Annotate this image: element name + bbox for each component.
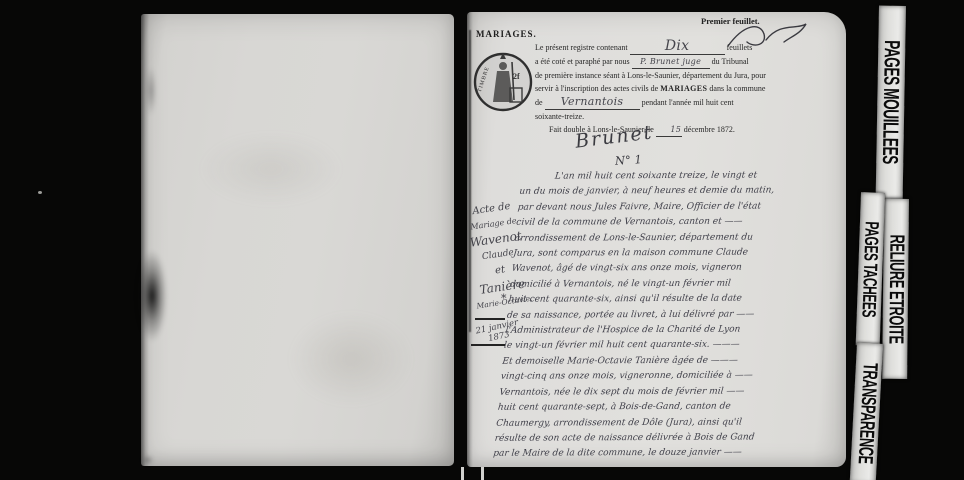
- act-body-line: arrondissement de Lons-le-Saunier, dépar…: [514, 230, 818, 247]
- act-body-line: Et demoiselle Marie-Octavie Tanière âgée…: [502, 353, 806, 370]
- act-body-line: par devant nous Jules Faivre, Maire, Off…: [517, 199, 821, 216]
- paper-stain: [291, 314, 411, 404]
- act-body-line: Chaumergy, arrondissement de Dôle (Jura)…: [495, 415, 799, 432]
- register-recto-page: MARIAGES. Premier feuillet. 2f TIMBRE Le…: [467, 12, 846, 467]
- act-body-line: L'an mil huit cent soixante treize, le v…: [520, 168, 824, 185]
- act-body-line: huit cent quarante-six, ainsi qu'il résu…: [508, 291, 812, 308]
- printed-preamble: Le présent registre contenant Dix feuill…: [535, 40, 817, 137]
- section-title: MARIAGES.: [476, 29, 537, 39]
- act-body-line: résulte de son acte de naissance délivré…: [494, 430, 798, 447]
- handwritten-day: 15: [670, 125, 681, 134]
- ink-smudge: [137, 250, 167, 342]
- margin-rule: [475, 318, 505, 320]
- preamble-line: de Vernantois pendant l'année mil huit c…: [535, 95, 817, 110]
- act-body-line: l'Administrateur de l'Hospice de la Char…: [505, 322, 809, 339]
- timbre-stamp-icon: 2f TIMBRE: [470, 46, 536, 116]
- act-body-line: par le Maire de la dite commune, le douz…: [492, 446, 796, 463]
- page-corner-shadow: [141, 406, 187, 466]
- blank-verso-page: [141, 14, 454, 466]
- act-body-line: domicilié à Vernantois, né le vingt-un f…: [509, 276, 813, 293]
- condition-strip-reliure-etroite: RELIURE ETROITE: [882, 199, 909, 379]
- act-body-line: huit cent quarante-sept, à Bois-de-Gand,…: [497, 399, 801, 416]
- condition-strip-pages-mouillees: PAGES MOUILLEES: [876, 6, 906, 199]
- stamp-value-text: 2f: [513, 72, 520, 81]
- handwritten-folio-count: Dix: [665, 38, 690, 54]
- page-edge-curl: [143, 56, 159, 126]
- act-number: N° 1: [615, 152, 643, 168]
- act-body-line: de sa naissance, portée au livret, à lui…: [506, 307, 810, 324]
- act-body-line: vingt-cinq ans onze mois, vigneronne, do…: [500, 368, 804, 385]
- paper-stain: [201, 134, 341, 204]
- handwritten-act-body: L'an mil huit cent soixante treize, le v…: [492, 168, 823, 462]
- preamble-line: soixante-treize.: [535, 110, 817, 123]
- act-body-line: Vernantois, née le dix sept du mois de f…: [498, 384, 802, 401]
- preamble-line: Le présent registre contenant Dix feuill…: [535, 40, 817, 55]
- handwritten-commune-name: Vernantois: [561, 95, 624, 108]
- mariages-keyword: MARIAGES: [660, 84, 707, 93]
- condition-strip-transparence: TRANSPARENCE: [850, 343, 883, 480]
- act-body-line: Wavenot, âgé de vingt-six ans onze mois,…: [511, 261, 815, 278]
- preamble-line: de première instance séant à Lons-le-Sau…: [535, 69, 817, 82]
- ruler-tick: [461, 467, 464, 480]
- condition-strip-pages-tachees: PAGES TACHEES: [856, 192, 885, 346]
- preamble-line: servir à l'inscription des actes civils …: [535, 82, 817, 95]
- handwritten-judge-name: P. Brunet juge: [640, 57, 701, 66]
- act-body-line: un du mois de janvier, à neuf heures et …: [518, 184, 822, 201]
- scan-viewport: { "header": { "section_label": "MARIAGES…: [0, 0, 964, 480]
- preamble-line: a été coté et paraphé par nous P. Brunet…: [535, 55, 817, 69]
- dust-speck: [38, 191, 42, 194]
- margin-rule: [471, 344, 505, 346]
- act-body-line: civil de la commune de Vernantois, canto…: [515, 214, 819, 231]
- ruler-tick: [481, 467, 484, 480]
- act-body-line: Jura, sont comparus en la maison commune…: [512, 245, 816, 262]
- act-body-line: le vingt-un février mil huit cent quaran…: [503, 338, 807, 355]
- margin-asterisk: *: [501, 292, 507, 305]
